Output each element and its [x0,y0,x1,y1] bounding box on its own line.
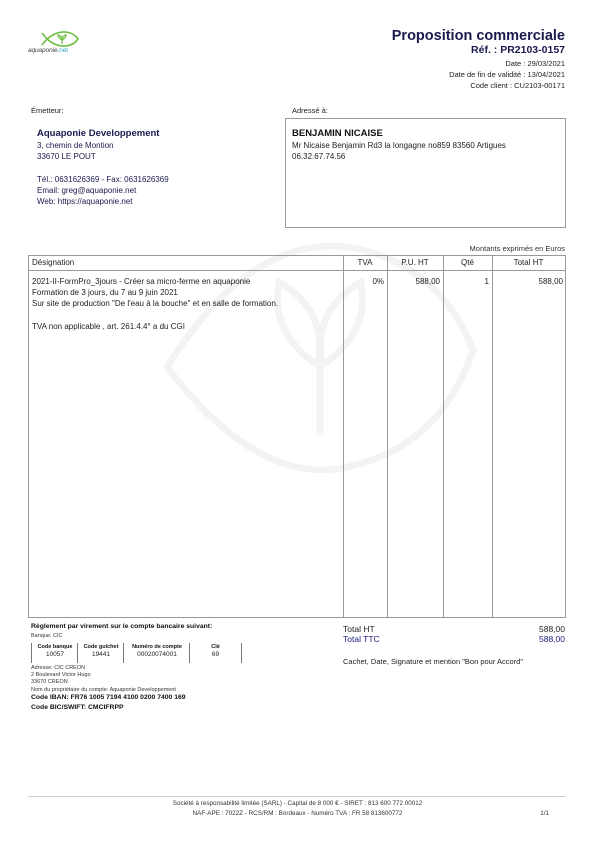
bic-swift: Code BIC/SWIFT: CMCIFRPP [31,704,124,711]
header-qty: Qté [443,258,492,267]
signature-note: Cachet, Date, Signature et mention "Bon … [343,657,523,666]
bank-address-line: 2 Boulevard Victor Hugo [31,672,91,678]
key-value: 69 [190,651,241,658]
recipient-phone: 06.32.67.74.56 [292,152,345,161]
bank-address-line: 33670 CREON [31,679,68,685]
cell-pu-ht: 588,00 [387,277,440,286]
cell-total-ht: 588,00 [492,277,563,286]
sender-phone: Tél.: 0631626369 - Fax: 0631626369 [37,175,169,184]
total-ht-label: Total HT [343,624,375,634]
total-ttc-label: Total TTC [343,634,380,644]
iban: Code IBAN: FR76 1005 7194 4100 0200 7400… [31,694,186,701]
bank-name: Banque: CIC [31,633,63,639]
column-divider [492,256,493,617]
account-number-value: 00020074001 [124,651,190,658]
logo-text: aquaponie.net [28,47,68,54]
bank-address-line: Adresse: CIC CREON [31,665,85,671]
column-divider [443,256,444,617]
company-logo: aquaponie.net [28,30,98,60]
payment-title: Règlement par virement sur le compte ban… [31,623,212,630]
header-designation: Désignation [32,258,74,267]
key-cell: Clé 69 [189,643,242,663]
document-date: Date : 29/03/2021 [505,59,565,68]
page-number: 1/1 [540,810,549,817]
bank-code-value: 10057 [32,651,78,658]
footer-divider [28,796,566,797]
column-divider [343,256,344,617]
footer-legal-line2: NAF-APE : 7022Z - RCS/RM : Bordeaux - Nu… [0,810,595,817]
branch-code-label: Code guichet [78,644,124,650]
fish-logo-icon [40,30,80,48]
designation-line: Sur site de production "De l'eau à la bo… [32,299,278,308]
items-table: Désignation TVA P.U. HT Qté Total HT 202… [28,255,566,618]
client-code: Code client : CU2103-00171 [470,81,565,90]
key-label: Clé [190,644,241,650]
designation-line: TVA non applicable , art. 261.4.4° a du … [32,322,185,331]
sender-label: Émetteur: [31,106,64,115]
header-tva: TVA [343,258,387,267]
account-number-cell: Numéro de compte 00020074001 [123,643,190,663]
sender-email[interactable]: Email: greg@aquaponie.net [37,186,136,195]
document-reference: Réf. : PR2103-0157 [471,44,565,56]
header-pu-ht: P.U. HT [387,258,443,267]
total-ht-value: 588,00 [539,624,565,634]
validity-date: Date de fin de validité : 13/04/2021 [449,70,565,79]
footer-legal-line1: Société à responsabilité limitée (SARL) … [0,800,595,807]
column-divider [387,256,388,617]
bank-code-label: Code banque [32,644,78,650]
sender-address-line2: 33670 LE POUT [37,152,96,161]
bank-code-cell: Code banque 10057 [31,643,78,663]
total-ttc-value: 588,00 [539,634,565,644]
recipient-address: Mr Nicaise Benjamin Rd3 la longagne no85… [292,141,506,150]
currency-note: Montants exprimés en Euros [470,244,565,253]
cell-qty: 1 [443,277,489,286]
document-title: Proposition commerciale [392,28,565,44]
recipient-label: Adressé à: [292,106,328,115]
designation-line: Formation de 3 jours, du 7 au 9 juin 202… [32,288,178,297]
header-total-ht: Total HT [492,258,565,267]
recipient-name: BENJAMIN NICAISE [292,128,383,139]
designation-line: 2021-II-FormPro_3jours - Créer sa micro-… [32,277,250,286]
account-number-label: Numéro de compte [124,644,190,650]
cell-tva: 0% [343,277,384,286]
account-owner: Nom du propriétaire du compte: Aquaponie… [31,687,176,693]
sender-website[interactable]: Web: https://aquaponie.net [37,197,132,206]
branch-code-value: 19441 [78,651,124,658]
sender-name: Aquaponie Developpement [37,128,159,139]
branch-code-cell: Code guichet 19441 [77,643,124,663]
sender-address-line1: 3, chemin de Montion [37,141,114,150]
